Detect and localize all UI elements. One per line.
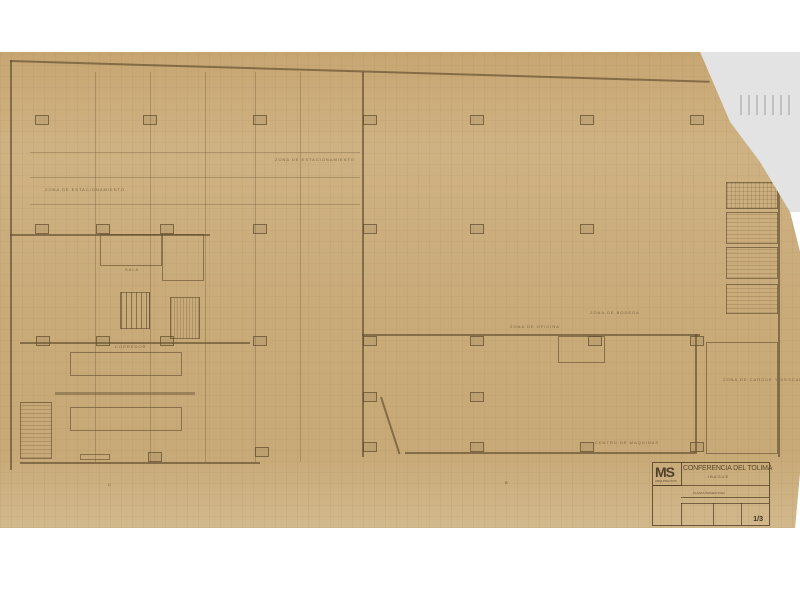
project-title: CONFERENCIA DEL TOLIMA (683, 465, 772, 472)
section-marker-c: C (108, 482, 111, 487)
column (363, 392, 377, 402)
bottom-left-wall (20, 462, 260, 464)
grid-line (255, 72, 256, 462)
column (690, 442, 704, 452)
column (470, 442, 484, 452)
room-label: ZONA DE ESTACIONAMIENTO (275, 157, 355, 162)
right-wall (695, 334, 697, 454)
grid-line (30, 152, 360, 153)
room-north-left (100, 234, 162, 266)
top-wall (10, 60, 710, 83)
machines-room-2 (726, 212, 778, 244)
logo-text: MS (655, 464, 674, 480)
loading-zone (706, 342, 778, 454)
column (143, 115, 157, 125)
column (253, 115, 267, 125)
column (255, 447, 269, 457)
title-block-divider (681, 503, 769, 504)
column (363, 336, 377, 346)
column (363, 115, 377, 125)
column (35, 115, 49, 125)
grid-line (300, 72, 301, 462)
grid-line (205, 72, 206, 462)
room-label: SALA (125, 267, 139, 272)
section-marker-b: B (505, 480, 508, 485)
title-block-cell (741, 503, 742, 525)
logo-subtitle: ARQUITECTOS (655, 479, 677, 483)
title-block-cell (681, 503, 682, 525)
machines-room-1 (726, 182, 778, 209)
column (363, 442, 377, 452)
room-label: CORREDOR (115, 344, 146, 349)
grid-line (30, 204, 360, 205)
firm-logo: MS ARQUITECTOS (653, 463, 682, 486)
title-block: MS ARQUITECTOS CONFERENCIA DEL TOLIMA IB… (652, 462, 770, 526)
column (690, 336, 704, 346)
grid-line (30, 177, 360, 178)
column (690, 115, 704, 125)
project-location: IBAGUE (708, 474, 729, 479)
column (35, 224, 49, 234)
room-north-right (162, 234, 204, 281)
title-block-cell (713, 503, 714, 525)
column (96, 336, 110, 346)
drawing-description: PLANTA PRIMER PISO (693, 491, 725, 495)
room-label: ZONA DE OFICINA (510, 324, 560, 329)
room-label: ZONA DE BODEGA (590, 310, 640, 315)
left-wall (10, 60, 12, 470)
machines-room-3 (726, 247, 778, 279)
column (470, 115, 484, 125)
sheet-number: 1/3 (753, 516, 763, 523)
column (253, 224, 267, 234)
blueprint-sheet: ZONA DE ESTACIONAMIENTO ZONA DE ESTACION… (0, 52, 800, 528)
grid-line (95, 72, 96, 462)
column (580, 442, 594, 452)
service-closet (20, 402, 52, 459)
column (363, 224, 377, 234)
title-block-divider (653, 485, 769, 486)
parking-bay-2 (70, 407, 182, 431)
title-block-divider (681, 497, 769, 498)
grid-line (150, 72, 151, 462)
office-small (558, 336, 605, 363)
mid-horizontal-wall (362, 334, 700, 336)
ramp-wall (380, 397, 400, 455)
parking-slot (80, 454, 110, 460)
column (580, 224, 594, 234)
bottom-right-wall (405, 452, 695, 454)
column (148, 452, 162, 462)
column (253, 336, 267, 346)
room-label: ZONA DE ESTACIONAMIENTO (45, 187, 125, 192)
column (96, 224, 110, 234)
far-right-wall (778, 182, 780, 457)
corridor-bar (55, 392, 195, 395)
column (160, 224, 174, 234)
machines-room-4 (726, 284, 778, 314)
staircase (120, 292, 150, 329)
backing-marks (740, 95, 795, 115)
column (580, 115, 594, 125)
column (470, 336, 484, 346)
parking-bay-1 (70, 352, 182, 376)
column (36, 336, 50, 346)
column (470, 224, 484, 234)
room-label: CENTRO DE MAQUINAS (595, 440, 659, 445)
room-hatched (170, 297, 200, 339)
column (470, 392, 484, 402)
room-label: ZONA DE CARGUE Y DESCARGUE (723, 377, 800, 382)
